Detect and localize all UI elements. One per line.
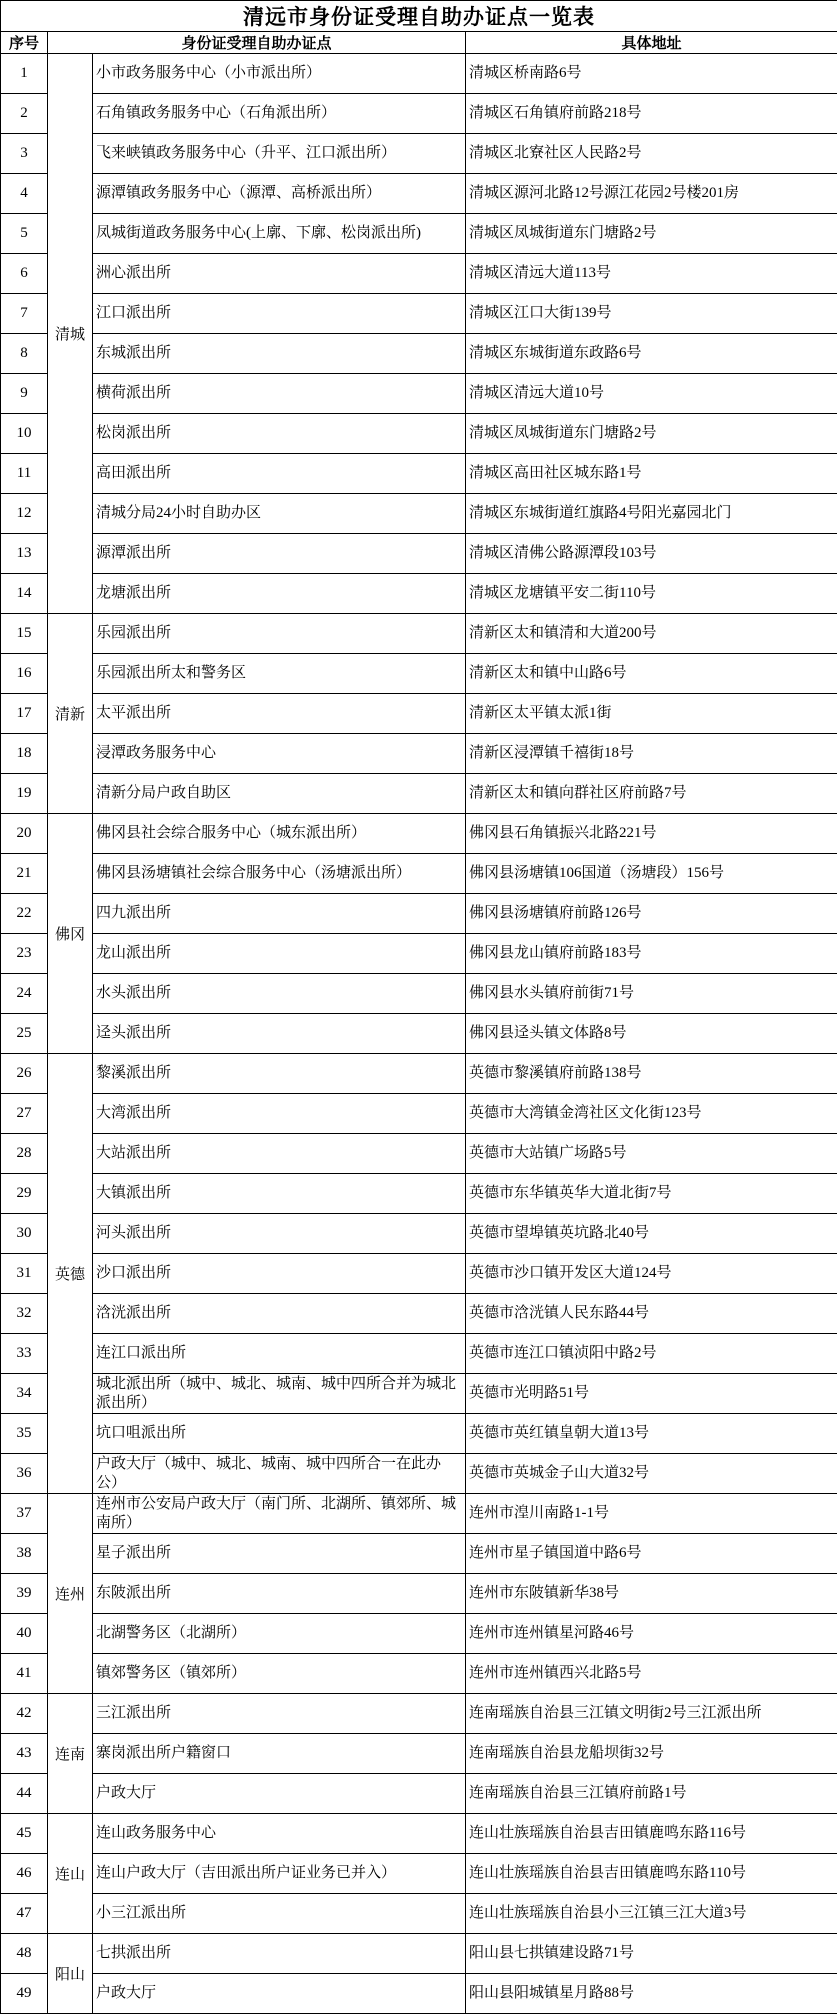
region-cell: 佛冈 <box>48 814 93 1054</box>
table-row: 46连山户政大厅（吉田派出所户证业务已并入）连山壮族瑶族自治县吉田镇鹿鸣东路11… <box>1 1854 837 1894</box>
region-cell: 连山 <box>48 1814 93 1934</box>
site-name-cell: 坑口咀派出所 <box>93 1414 466 1454</box>
row-number-cell: 16 <box>1 654 48 694</box>
site-name-cell: 清新分局户政自助区 <box>93 774 466 814</box>
row-number-cell: 6 <box>1 254 48 294</box>
site-name-cell: 沙口派出所 <box>93 1254 466 1294</box>
row-number-cell: 46 <box>1 1854 48 1894</box>
row-number-cell: 28 <box>1 1134 48 1174</box>
address-cell: 英德市光明路51号 <box>466 1374 837 1414</box>
site-name-cell: 北湖警务区（北湖所） <box>93 1614 466 1654</box>
address-cell: 连山壮族瑶族自治县吉田镇鹿鸣东路116号 <box>466 1814 837 1854</box>
address-cell: 清城区高田社区城东路1号 <box>466 454 837 494</box>
site-name-cell: 镇郊警务区（镇郊所） <box>93 1654 466 1694</box>
address-cell: 英德市东华镇英华大道北街7号 <box>466 1174 837 1214</box>
address-cell: 连州市湟川南路1-1号 <box>466 1494 837 1534</box>
header-row: 序号 身份证受理自助办证点 具体地址 <box>1 32 837 54</box>
row-number-cell: 25 <box>1 1014 48 1054</box>
region-cell: 清城 <box>48 54 93 614</box>
address-cell: 清城区东城街道东政路6号 <box>466 334 837 374</box>
address-cell: 阳山县七拱镇建设路71号 <box>466 1934 837 1974</box>
address-cell: 连南瑶族自治县龙船坝街32号 <box>466 1734 837 1774</box>
row-number-cell: 35 <box>1 1414 48 1454</box>
table-row: 47小三江派出所连山壮族瑶族自治县小三江镇三江大道3号 <box>1 1894 837 1934</box>
address-cell: 清城区清佛公路源潭段103号 <box>466 534 837 574</box>
table-row: 16乐园派出所太和警务区清新区太和镇中山路6号 <box>1 654 837 694</box>
site-name-cell: 连山户政大厅（吉田派出所户证业务已并入） <box>93 1854 466 1894</box>
address-cell: 佛冈县迳头镇文体路8号 <box>466 1014 837 1054</box>
site-name-cell: 横荷派出所 <box>93 374 466 414</box>
table-row: 24水头派出所佛冈县水头镇府前街71号 <box>1 974 837 1014</box>
address-cell: 连南瑶族自治县三江镇府前路1号 <box>466 1774 837 1814</box>
row-number-cell: 26 <box>1 1054 48 1094</box>
address-cell: 清城区清远大道10号 <box>466 374 837 414</box>
address-cell: 英德市沙口镇开发区大道124号 <box>466 1254 837 1294</box>
row-number-cell: 31 <box>1 1254 48 1294</box>
address-cell: 连州市连州镇星河路46号 <box>466 1614 837 1654</box>
row-number-cell: 27 <box>1 1094 48 1134</box>
address-cell: 英德市望埠镇英坑路北40号 <box>466 1214 837 1254</box>
table-row: 28大站派出所英德市大站镇广场路5号 <box>1 1134 837 1174</box>
site-name-cell: 石角镇政务服务中心（石角派出所） <box>93 94 466 134</box>
address-cell: 清城区龙塘镇平安二街110号 <box>466 574 837 614</box>
id-card-service-points-table: 清远市身份证受理自助办证点一览表 序号 身份证受理自助办证点 具体地址 1清城小… <box>0 0 837 2014</box>
table-row: 2石角镇政务服务中心（石角派出所）清城区石角镇府前路218号 <box>1 94 837 134</box>
row-number-cell: 47 <box>1 1894 48 1934</box>
table-row: 1清城小市政务服务中心（小市派出所）清城区桥南路6号 <box>1 54 837 94</box>
table-row: 40北湖警务区（北湖所）连州市连州镇星河路46号 <box>1 1614 837 1654</box>
table-row: 14龙塘派出所清城区龙塘镇平安二街110号 <box>1 574 837 614</box>
row-number-cell: 30 <box>1 1214 48 1254</box>
address-cell: 清新区太和镇向群社区府前路7号 <box>466 774 837 814</box>
address-cell: 佛冈县汤塘镇府前路126号 <box>466 894 837 934</box>
table-row: 45连山连山政务服务中心连山壮族瑶族自治县吉田镇鹿鸣东路116号 <box>1 1814 837 1854</box>
table-row: 15清新乐园派出所清新区太和镇清和大道200号 <box>1 614 837 654</box>
column-header-address: 具体地址 <box>466 32 837 54</box>
address-cell: 清新区太平镇太派1街 <box>466 694 837 734</box>
page-title: 清远市身份证受理自助办证点一览表 <box>1 1 837 32</box>
table-row: 19清新分局户政自助区清新区太和镇向群社区府前路7号 <box>1 774 837 814</box>
row-number-cell: 45 <box>1 1814 48 1854</box>
site-name-cell: 大站派出所 <box>93 1134 466 1174</box>
site-name-cell: 户政大厅 <box>93 1974 466 2014</box>
site-name-cell: 大湾派出所 <box>93 1094 466 1134</box>
table-row: 44户政大厅连南瑶族自治县三江镇府前路1号 <box>1 1774 837 1814</box>
site-name-cell: 三江派出所 <box>93 1694 466 1734</box>
address-cell: 英德市连江口镇浈阳中路2号 <box>466 1334 837 1374</box>
table-row: 49户政大厅阳山县阳城镇星月路88号 <box>1 1974 837 2014</box>
site-name-cell: 龙山派出所 <box>93 934 466 974</box>
site-name-cell: 源潭镇政务服务中心（源潭、高桥派出所） <box>93 174 466 214</box>
address-cell: 佛冈县石角镇振兴北路221号 <box>466 814 837 854</box>
site-name-cell: 乐园派出所 <box>93 614 466 654</box>
row-number-cell: 33 <box>1 1334 48 1374</box>
table-row: 23龙山派出所佛冈县龙山镇府前路183号 <box>1 934 837 974</box>
row-number-cell: 43 <box>1 1734 48 1774</box>
region-cell: 连州 <box>48 1494 93 1694</box>
table-row: 13源潭派出所清城区清佛公路源潭段103号 <box>1 534 837 574</box>
table-row: 8东城派出所清城区东城街道东政路6号 <box>1 334 837 374</box>
title-row: 清远市身份证受理自助办证点一览表 <box>1 1 837 32</box>
address-cell: 英德市黎溪镇府前路138号 <box>466 1054 837 1094</box>
address-cell: 英德市浛洸镇人民东路44号 <box>466 1294 837 1334</box>
table-row: 30河头派出所英德市望埠镇英坑路北40号 <box>1 1214 837 1254</box>
table-row: 31沙口派出所英德市沙口镇开发区大道124号 <box>1 1254 837 1294</box>
row-number-cell: 21 <box>1 854 48 894</box>
row-number-cell: 15 <box>1 614 48 654</box>
table-row: 34城北派出所（城中、城北、城南、城中四所合并为城北派出所）英德市光明路51号 <box>1 1374 837 1414</box>
row-number-cell: 36 <box>1 1454 48 1494</box>
address-cell: 英德市英红镇皇朝大道13号 <box>466 1414 837 1454</box>
address-cell: 清新区太和镇清和大道200号 <box>466 614 837 654</box>
table-row: 22四九派出所佛冈县汤塘镇府前路126号 <box>1 894 837 934</box>
address-cell: 连山壮族瑶族自治县吉田镇鹿鸣东路110号 <box>466 1854 837 1894</box>
table-row: 27大湾派出所英德市大湾镇金湾社区文化街123号 <box>1 1094 837 1134</box>
site-name-cell: 寨岗派出所户籍窗口 <box>93 1734 466 1774</box>
site-name-cell: 七拱派出所 <box>93 1934 466 1974</box>
row-number-cell: 22 <box>1 894 48 934</box>
address-cell: 清城区北寮社区人民路2号 <box>466 134 837 174</box>
address-cell: 清城区东城街道红旗路4号阳光嘉园北门 <box>466 494 837 534</box>
site-name-cell: 浸潭政务服务中心 <box>93 734 466 774</box>
site-name-cell: 小市政务服务中心（小市派出所） <box>93 54 466 94</box>
row-number-cell: 2 <box>1 94 48 134</box>
row-number-cell: 14 <box>1 574 48 614</box>
address-cell: 清城区石角镇府前路218号 <box>466 94 837 134</box>
site-name-cell: 连山政务服务中心 <box>93 1814 466 1854</box>
address-cell: 清城区桥南路6号 <box>466 54 837 94</box>
table-row: 35坑口咀派出所英德市英红镇皇朝大道13号 <box>1 1414 837 1454</box>
site-name-cell: 东城派出所 <box>93 334 466 374</box>
region-cell: 连南 <box>48 1694 93 1814</box>
address-cell: 英德市大站镇广场路5号 <box>466 1134 837 1174</box>
table-row: 7江口派出所清城区江口大街139号 <box>1 294 837 334</box>
site-name-cell: 连江口派出所 <box>93 1334 466 1374</box>
row-number-cell: 19 <box>1 774 48 814</box>
site-name-cell: 星子派出所 <box>93 1534 466 1574</box>
site-name-cell: 四九派出所 <box>93 894 466 934</box>
table-row: 33连江口派出所英德市连江口镇浈阳中路2号 <box>1 1334 837 1374</box>
table-row: 38星子派出所连州市星子镇国道中路6号 <box>1 1534 837 1574</box>
row-number-cell: 37 <box>1 1494 48 1534</box>
table-row: 21佛冈县汤塘镇社会综合服务中心（汤塘派出所）佛冈县汤塘镇106国道（汤塘段）1… <box>1 854 837 894</box>
site-name-cell: 高田派出所 <box>93 454 466 494</box>
row-number-cell: 32 <box>1 1294 48 1334</box>
address-cell: 清新区浸潭镇千禧街18号 <box>466 734 837 774</box>
row-number-cell: 4 <box>1 174 48 214</box>
address-cell: 清城区清远大道113号 <box>466 254 837 294</box>
site-name-cell: 大镇派出所 <box>93 1174 466 1214</box>
row-number-cell: 39 <box>1 1574 48 1614</box>
table-row: 3飞来峡镇政务服务中心（升平、江口派出所）清城区北寮社区人民路2号 <box>1 134 837 174</box>
address-cell: 清新区太和镇中山路6号 <box>466 654 837 694</box>
site-name-cell: 河头派出所 <box>93 1214 466 1254</box>
address-cell: 英德市英城金子山大道32号 <box>466 1454 837 1494</box>
row-number-cell: 3 <box>1 134 48 174</box>
table-row: 5凤城街道政务服务中心(上廓、下廓、松岗派出所)清城区凤城街道东门塘路2号 <box>1 214 837 254</box>
site-name-cell: 太平派出所 <box>93 694 466 734</box>
address-cell: 英德市大湾镇金湾社区文化街123号 <box>466 1094 837 1134</box>
table-row: 18浸潭政务服务中心清新区浸潭镇千禧街18号 <box>1 734 837 774</box>
table-row: 20佛冈佛冈县社会综合服务中心（城东派出所）佛冈县石角镇振兴北路221号 <box>1 814 837 854</box>
row-number-cell: 41 <box>1 1654 48 1694</box>
table-row: 41镇郊警务区（镇郊所）连州市连州镇西兴北路5号 <box>1 1654 837 1694</box>
site-name-cell: 凤城街道政务服务中心(上廓、下廓、松岗派出所) <box>93 214 466 254</box>
table-row: 37连州连州市公安局户政大厅（南门所、北湖所、镇郊所、城南所）连州市湟川南路1-… <box>1 1494 837 1534</box>
site-name-cell: 迳头派出所 <box>93 1014 466 1054</box>
row-number-cell: 11 <box>1 454 48 494</box>
region-cell: 英德 <box>48 1054 93 1494</box>
row-number-cell: 34 <box>1 1374 48 1414</box>
row-number-cell: 42 <box>1 1694 48 1734</box>
row-number-cell: 1 <box>1 54 48 94</box>
address-cell: 阳山县阳城镇星月路88号 <box>466 1974 837 2014</box>
table-row: 12清城分局24小时自助办区清城区东城街道红旗路4号阳光嘉园北门 <box>1 494 837 534</box>
site-name-cell: 户政大厅（城中、城北、城南、城中四所合一在此办公） <box>93 1454 466 1494</box>
row-number-cell: 44 <box>1 1774 48 1814</box>
site-name-cell: 佛冈县社会综合服务中心（城东派出所） <box>93 814 466 854</box>
address-cell: 连山壮族瑶族自治县小三江镇三江大道3号 <box>466 1894 837 1934</box>
row-number-cell: 13 <box>1 534 48 574</box>
site-name-cell: 水头派出所 <box>93 974 466 1014</box>
table-row: 42连南三江派出所连南瑶族自治县三江镇文明街2号三江派出所 <box>1 1694 837 1734</box>
site-name-cell: 江口派出所 <box>93 294 466 334</box>
row-number-cell: 9 <box>1 374 48 414</box>
table-row: 36户政大厅（城中、城北、城南、城中四所合一在此办公）英德市英城金子山大道32号 <box>1 1454 837 1494</box>
site-name-cell: 洲心派出所 <box>93 254 466 294</box>
region-cell: 清新 <box>48 614 93 814</box>
row-number-cell: 23 <box>1 934 48 974</box>
address-cell: 连州市星子镇国道中路6号 <box>466 1534 837 1574</box>
site-name-cell: 户政大厅 <box>93 1774 466 1814</box>
row-number-cell: 24 <box>1 974 48 1014</box>
row-number-cell: 8 <box>1 334 48 374</box>
table-row: 9横荷派出所清城区清远大道10号 <box>1 374 837 414</box>
row-number-cell: 38 <box>1 1534 48 1574</box>
table-row: 4源潭镇政务服务中心（源潭、高桥派出所）清城区源河北路12号源江花园2号楼201… <box>1 174 837 214</box>
table-row: 25迳头派出所佛冈县迳头镇文体路8号 <box>1 1014 837 1054</box>
row-number-cell: 17 <box>1 694 48 734</box>
row-number-cell: 12 <box>1 494 48 534</box>
site-name-cell: 小三江派出所 <box>93 1894 466 1934</box>
site-name-cell: 城北派出所（城中、城北、城南、城中四所合并为城北派出所） <box>93 1374 466 1414</box>
table-row: 32浛洸派出所英德市浛洸镇人民东路44号 <box>1 1294 837 1334</box>
address-cell: 佛冈县水头镇府前街71号 <box>466 974 837 1014</box>
table-row: 48阳山七拱派出所阳山县七拱镇建设路71号 <box>1 1934 837 1974</box>
region-cell: 阳山 <box>48 1934 93 2014</box>
site-name-cell: 佛冈县汤塘镇社会综合服务中心（汤塘派出所） <box>93 854 466 894</box>
table-row: 29大镇派出所英德市东华镇英华大道北街7号 <box>1 1174 837 1214</box>
table-row: 6洲心派出所清城区清远大道113号 <box>1 254 837 294</box>
site-name-cell: 龙塘派出所 <box>93 574 466 614</box>
address-cell: 连州市东陂镇新华38号 <box>466 1574 837 1614</box>
site-name-cell: 松岗派出所 <box>93 414 466 454</box>
column-header-serial: 序号 <box>1 32 48 54</box>
address-cell: 清城区江口大街139号 <box>466 294 837 334</box>
table-row: 11高田派出所清城区高田社区城东路1号 <box>1 454 837 494</box>
site-name-cell: 乐园派出所太和警务区 <box>93 654 466 694</box>
table-row: 43寨岗派出所户籍窗口连南瑶族自治县龙船坝街32号 <box>1 1734 837 1774</box>
address-cell: 清城区源河北路12号源江花园2号楼201房 <box>466 174 837 214</box>
address-cell: 佛冈县龙山镇府前路183号 <box>466 934 837 974</box>
table-row: 17太平派出所清新区太平镇太派1街 <box>1 694 837 734</box>
address-cell: 佛冈县汤塘镇106国道（汤塘段）156号 <box>466 854 837 894</box>
row-number-cell: 48 <box>1 1934 48 1974</box>
site-name-cell: 黎溪派出所 <box>93 1054 466 1094</box>
row-number-cell: 18 <box>1 734 48 774</box>
table-body: 1清城小市政务服务中心（小市派出所）清城区桥南路6号2石角镇政务服务中心（石角派… <box>1 54 837 2014</box>
table-row: 10松岗派出所清城区凤城街道东门塘路2号 <box>1 414 837 454</box>
site-name-cell: 源潭派出所 <box>93 534 466 574</box>
address-cell: 连州市连州镇西兴北路5号 <box>466 1654 837 1694</box>
column-header-site: 身份证受理自助办证点 <box>48 32 466 54</box>
row-number-cell: 29 <box>1 1174 48 1214</box>
address-cell: 清城区凤城街道东门塘路2号 <box>466 414 837 454</box>
row-number-cell: 5 <box>1 214 48 254</box>
table-row: 26英德黎溪派出所英德市黎溪镇府前路138号 <box>1 1054 837 1094</box>
site-name-cell: 浛洸派出所 <box>93 1294 466 1334</box>
row-number-cell: 20 <box>1 814 48 854</box>
row-number-cell: 40 <box>1 1614 48 1654</box>
row-number-cell: 49 <box>1 1974 48 2014</box>
row-number-cell: 7 <box>1 294 48 334</box>
site-name-cell: 飞来峡镇政务服务中心（升平、江口派出所） <box>93 134 466 174</box>
site-name-cell: 连州市公安局户政大厅（南门所、北湖所、镇郊所、城南所） <box>93 1494 466 1534</box>
table-row: 39东陂派出所连州市东陂镇新华38号 <box>1 1574 837 1614</box>
address-cell: 清城区凤城街道东门塘路2号 <box>466 214 837 254</box>
row-number-cell: 10 <box>1 414 48 454</box>
address-cell: 连南瑶族自治县三江镇文明街2号三江派出所 <box>466 1694 837 1734</box>
site-name-cell: 清城分局24小时自助办区 <box>93 494 466 534</box>
site-name-cell: 东陂派出所 <box>93 1574 466 1614</box>
